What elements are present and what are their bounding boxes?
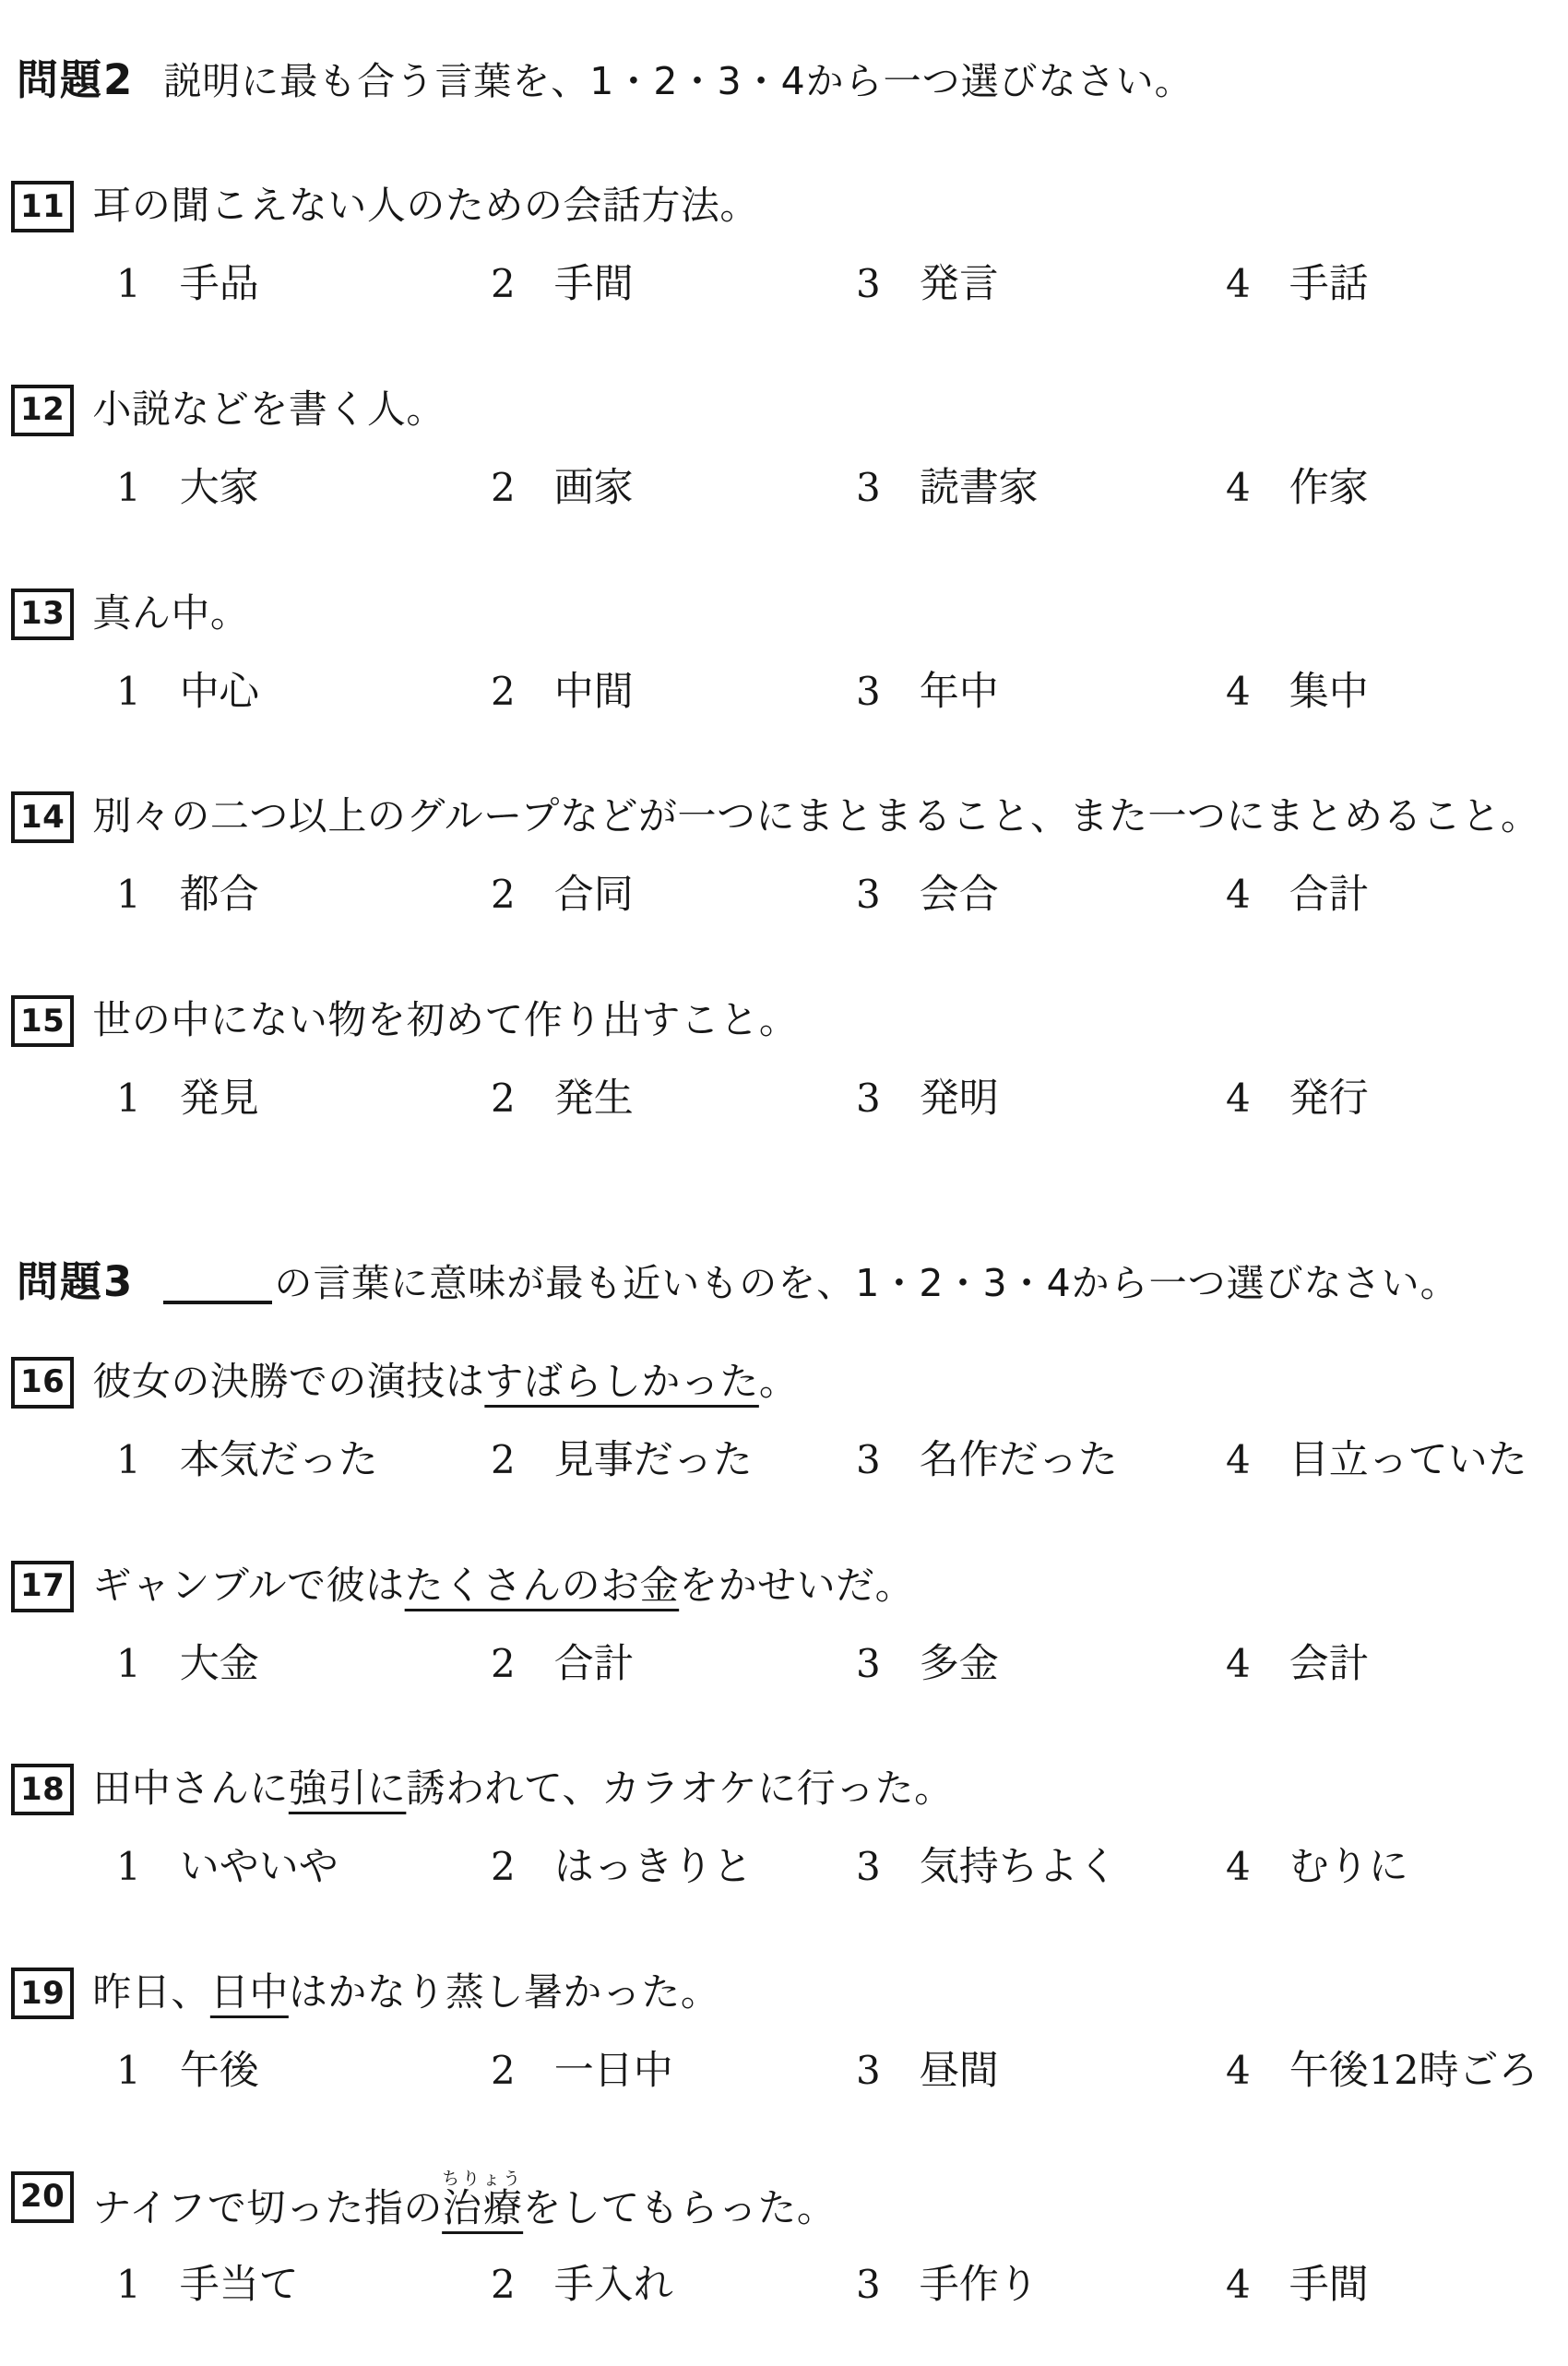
option-label: はっきりと bbox=[554, 1843, 753, 1893]
option-2: 2中間 bbox=[491, 668, 856, 718]
option-label: 合同 bbox=[554, 871, 634, 921]
option-3: 3読書家 bbox=[856, 464, 1226, 514]
question-12: 12 小説などを書く人。 1大家 2画家 3読書家 4作家 bbox=[11, 382, 1544, 514]
option-1: 1手品 bbox=[116, 260, 491, 310]
option-3: 3名作だった bbox=[856, 1436, 1226, 1486]
option-label: 画家 bbox=[554, 464, 634, 514]
option-4: 4午後12時ごろ bbox=[1226, 2047, 1544, 2097]
option-number: 1 bbox=[116, 1843, 141, 1892]
question-number-box: 14 bbox=[11, 791, 74, 843]
question-head: 11 耳の聞こえない人のための会話方法。 bbox=[11, 178, 1544, 232]
option-label: 目立っていた bbox=[1289, 1436, 1527, 1486]
question-16: 16 彼女の決勝での演技はすばらしかった。 1本気だった 2見事だった 3名作だ… bbox=[11, 1354, 1544, 1486]
option-number: 4 bbox=[1226, 1436, 1251, 1485]
option-number: 4 bbox=[1226, 668, 1251, 717]
option-number: 4 bbox=[1226, 871, 1251, 920]
question-15: 15 世の中にない物を初めて作り出すこと。 1発見 2発生 3発明 4発行 bbox=[11, 993, 1544, 1124]
option-number: 1 bbox=[116, 260, 141, 309]
underlined-word-with-furigana: 治療ちりょう bbox=[443, 2185, 523, 2230]
option-number: 4 bbox=[1226, 2261, 1251, 2310]
question-13: 13 真ん中。 1中心 2中間 3年中 4集中 bbox=[11, 586, 1544, 718]
question-text-pre: 昨日、 bbox=[92, 1969, 210, 2015]
option-label: 名作だった bbox=[920, 1436, 1118, 1486]
question-text: 小説などを書く人。 bbox=[92, 382, 445, 434]
options-row: 1午後 2一日中 3昼間 4午後12時ごろ bbox=[116, 2047, 1544, 2097]
question-number-box: 13 bbox=[11, 589, 74, 640]
question-head: 19 昨日、日中はかなり蒸し暑かった。 bbox=[11, 1965, 1544, 2019]
option-label: 年中 bbox=[920, 668, 999, 718]
question-head: 17 ギャンブルで彼はたくさんのお金をかせいだ。 bbox=[11, 1558, 1544, 1612]
option-number: 3 bbox=[856, 260, 881, 309]
option-label: むりに bbox=[1289, 1843, 1408, 1893]
option-number: 3 bbox=[856, 2047, 881, 2096]
option-number: 4 bbox=[1226, 1843, 1251, 1892]
options-row: 1本気だった 2見事だった 3名作だった 4目立っていた bbox=[116, 1436, 1544, 1486]
option-2: 2手入れ bbox=[491, 2261, 856, 2311]
option-label: 読書家 bbox=[920, 464, 1039, 514]
question-number-box: 11 bbox=[11, 181, 74, 232]
option-label: 手間 bbox=[554, 260, 634, 310]
underline-blank bbox=[163, 1267, 272, 1304]
option-2: 2画家 bbox=[491, 464, 856, 514]
option-4: 4手間 bbox=[1226, 2261, 1544, 2311]
section-problem2: 問題2 説明に最も合う言葉を、1・2・3・4から一つ選びなさい。 11 耳の聞こ… bbox=[11, 46, 1544, 1124]
option-4: 4目立っていた bbox=[1226, 1436, 1544, 1486]
option-number: 2 bbox=[491, 1843, 516, 1892]
option-number: 3 bbox=[856, 1075, 881, 1124]
option-label: 都合 bbox=[180, 871, 259, 921]
option-label: 発生 bbox=[554, 1075, 634, 1124]
question-text-post: をかせいだ。 bbox=[679, 1563, 914, 1608]
option-number: 2 bbox=[491, 1640, 516, 1689]
option-4: 4会計 bbox=[1226, 1640, 1544, 1690]
option-number: 4 bbox=[1226, 1075, 1251, 1124]
option-number: 4 bbox=[1226, 2047, 1251, 2096]
question-head: 16 彼女の決勝での演技はすばらしかった。 bbox=[11, 1354, 1544, 1409]
option-number: 1 bbox=[116, 2261, 141, 2310]
option-number: 1 bbox=[116, 1640, 141, 1689]
option-label: 見事だった bbox=[554, 1436, 753, 1486]
option-number: 3 bbox=[856, 1640, 881, 1689]
option-label: 大家 bbox=[180, 464, 259, 514]
question-text-pre: ナイフで切った指の bbox=[92, 2185, 443, 2230]
option-3: 3気持ちよく bbox=[856, 1843, 1226, 1893]
option-number: 4 bbox=[1226, 260, 1251, 309]
option-label: 昼間 bbox=[920, 2047, 999, 2097]
option-label: 合計 bbox=[554, 1640, 634, 1690]
options-row: 1大金 2合計 3多金 4会計 bbox=[116, 1640, 1544, 1690]
option-1: 1大家 bbox=[116, 464, 491, 514]
question-text: ナイフで切った指の治療ちりょうをしてもらった。 bbox=[92, 2169, 836, 2233]
option-1: 1発見 bbox=[116, 1075, 491, 1124]
problem3-instruction-text: の言葉に意味が最も近いものを、1・2・3・4から一つ選びなさい。 bbox=[274, 1261, 1458, 1305]
option-label: 手話 bbox=[1289, 260, 1369, 310]
question-head: 20 ナイフで切った指の治療ちりょうをしてもらった。 bbox=[11, 2169, 1544, 2233]
question-text-pre: 彼女の決勝での演技は bbox=[92, 1359, 484, 1404]
question-14: 14 別々の二つ以上のグループなどが一つにまとまること、また一つにまとめること。… bbox=[11, 789, 1544, 921]
option-2: 2発生 bbox=[491, 1075, 856, 1124]
underlined-word: たくさんのお金 bbox=[405, 1563, 680, 1608]
option-number: 3 bbox=[856, 464, 881, 513]
section-problem3: 問題3 の言葉に意味が最も近いものを、1・2・3・4から一つ選びなさい。 16 … bbox=[11, 1248, 1544, 2311]
option-4: 4作家 bbox=[1226, 464, 1544, 514]
option-number: 2 bbox=[491, 464, 516, 513]
question-text-post: 。 bbox=[759, 1359, 799, 1404]
underlined-word: 強引に bbox=[289, 1766, 407, 1811]
problem3-header: 問題3 の言葉に意味が最も近いものを、1・2・3・4から一つ選びなさい。 bbox=[17, 1248, 1544, 1308]
option-2: 2見事だった bbox=[491, 1436, 856, 1486]
underlined-word: 日中 bbox=[210, 1969, 289, 2015]
option-1: 1都合 bbox=[116, 871, 491, 921]
option-number: 1 bbox=[116, 871, 141, 920]
option-4: 4集中 bbox=[1226, 668, 1544, 718]
option-label: 手間 bbox=[1289, 2261, 1369, 2311]
question-20: 20 ナイフで切った指の治療ちりょうをしてもらった。 1手当て 2手入れ 3手作… bbox=[11, 2169, 1544, 2311]
options-row: 1中心 2中間 3年中 4集中 bbox=[116, 668, 1544, 718]
option-number: 2 bbox=[491, 1436, 516, 1485]
question-18: 18 田中さんに強引に誘われて、カラオケに行った。 1いやいや 2はっきりと 3… bbox=[11, 1761, 1544, 1893]
option-number: 4 bbox=[1226, 464, 1251, 513]
option-number: 3 bbox=[856, 2261, 881, 2310]
option-3: 3年中 bbox=[856, 668, 1226, 718]
underlined-word: 治療 bbox=[442, 2185, 523, 2230]
problem3-label: 問題3 bbox=[17, 1248, 134, 1308]
furigana: ちりょう bbox=[442, 2169, 523, 2189]
option-label: 午後12時ごろ bbox=[1289, 2047, 1538, 2097]
option-label: 発行 bbox=[1289, 1075, 1369, 1124]
option-1: 1大金 bbox=[116, 1640, 491, 1690]
option-label: 手作り bbox=[920, 2261, 1039, 2311]
option-label: 会計 bbox=[1289, 1640, 1369, 1690]
option-number: 2 bbox=[491, 2047, 516, 2096]
question-text: 別々の二つ以上のグループなどが一つにまとまること、また一つにまとめること。 bbox=[92, 789, 1539, 841]
option-number: 1 bbox=[116, 1075, 141, 1124]
question-text-pre: ギャンブルで彼は bbox=[92, 1563, 404, 1608]
option-4: 4合計 bbox=[1226, 871, 1544, 921]
option-3: 3発明 bbox=[856, 1075, 1226, 1124]
options-row: 1発見 2発生 3発明 4発行 bbox=[116, 1075, 1544, 1124]
option-number: 2 bbox=[491, 2261, 516, 2310]
question-text: 彼女の決勝での演技はすばらしかった。 bbox=[92, 1354, 798, 1407]
option-label: 一日中 bbox=[554, 2047, 673, 2097]
option-label: 多金 bbox=[920, 1640, 999, 1690]
question-number-box: 18 bbox=[11, 1764, 74, 1815]
option-2: 2一日中 bbox=[491, 2047, 856, 2097]
option-number: 1 bbox=[116, 668, 141, 717]
option-number: 1 bbox=[116, 1436, 141, 1485]
question-17: 17 ギャンブルで彼はたくさんのお金をかせいだ。 1大金 2合計 3多金 4会計 bbox=[11, 1558, 1544, 1690]
option-label: 中間 bbox=[554, 668, 634, 718]
option-1: 1本気だった bbox=[116, 1436, 491, 1486]
option-number: 2 bbox=[491, 260, 516, 309]
options-row: 1手当て 2手入れ 3手作り 4手間 bbox=[116, 2261, 1544, 2311]
option-label: 合計 bbox=[1289, 871, 1369, 921]
option-3: 3昼間 bbox=[856, 2047, 1226, 2097]
problem2-instruction: 説明に最も合う言葉を、1・2・3・4から一つ選びなさい。 bbox=[163, 51, 1193, 105]
option-2: 2手間 bbox=[491, 260, 856, 310]
option-label: 手品 bbox=[180, 260, 259, 310]
option-4: 4手話 bbox=[1226, 260, 1544, 310]
option-label: 気持ちよく bbox=[920, 1843, 1118, 1893]
question-text: 昨日、日中はかなり蒸し暑かった。 bbox=[92, 1965, 719, 2017]
option-number: 2 bbox=[491, 871, 516, 920]
question-text-pre: 田中さんに bbox=[92, 1766, 289, 1811]
option-2: 2合計 bbox=[491, 1640, 856, 1690]
problem2-label: 問題2 bbox=[17, 46, 134, 106]
question-number-box: 12 bbox=[11, 385, 74, 436]
question-number-box: 16 bbox=[11, 1357, 74, 1409]
option-number: 2 bbox=[491, 668, 516, 717]
question-text: 耳の聞こえない人のための会話方法。 bbox=[92, 178, 759, 231]
question-head: 13 真ん中。 bbox=[11, 586, 1544, 640]
option-number: 3 bbox=[856, 668, 881, 717]
question-number-box: 17 bbox=[11, 1561, 74, 1612]
option-number: 3 bbox=[856, 1843, 881, 1892]
options-row: 1いやいや 2はっきりと 3気持ちよく 4むりに bbox=[116, 1843, 1544, 1893]
option-number: 3 bbox=[856, 1436, 881, 1485]
option-1: 1午後 bbox=[116, 2047, 491, 2097]
question-11: 11 耳の聞こえない人のための会話方法。 1手品 2手間 3発言 4手話 bbox=[11, 178, 1544, 310]
option-3: 3多金 bbox=[856, 1640, 1226, 1690]
question-text-post: はかなり蒸し暑かった。 bbox=[289, 1969, 720, 2015]
question-head: 18 田中さんに強引に誘われて、カラオケに行った。 bbox=[11, 1761, 1544, 1815]
option-1: 1いやいや bbox=[116, 1843, 491, 1893]
question-number-box: 19 bbox=[11, 1968, 74, 2019]
option-label: 発言 bbox=[920, 260, 999, 310]
question-number-box: 20 bbox=[11, 2171, 74, 2223]
option-label: 午後 bbox=[180, 2047, 259, 2097]
question-19: 19 昨日、日中はかなり蒸し暑かった。 1午後 2一日中 3昼間 4午後12時ご… bbox=[11, 1965, 1544, 2097]
question-text: 真ん中。 bbox=[92, 586, 249, 638]
option-number: 2 bbox=[491, 1075, 516, 1124]
underlined-word: すばらしかった bbox=[484, 1359, 759, 1404]
option-4: 4発行 bbox=[1226, 1075, 1544, 1124]
option-2: 2はっきりと bbox=[491, 1843, 856, 1893]
option-label: 手入れ bbox=[554, 2261, 673, 2311]
option-4: 4むりに bbox=[1226, 1843, 1544, 1893]
option-number: 1 bbox=[116, 2047, 141, 2096]
problem2-header: 問題2 説明に最も合う言葉を、1・2・3・4から一つ選びなさい。 bbox=[17, 46, 1544, 106]
option-label: 中心 bbox=[180, 668, 259, 718]
question-text-post: 誘われて、カラオケに行った。 bbox=[406, 1766, 953, 1811]
problem3-instruction: の言葉に意味が最も近いものを、1・2・3・4から一つ選びなさい。 bbox=[163, 1253, 1458, 1307]
question-text-post: をしてもらった。 bbox=[522, 2185, 836, 2230]
option-label: 手当て bbox=[180, 2261, 299, 2311]
question-head: 15 世の中にない物を初めて作り出すこと。 bbox=[11, 993, 1544, 1047]
question-text: 田中さんに強引に誘われて、カラオケに行った。 bbox=[92, 1761, 953, 1813]
option-3: 3会合 bbox=[856, 871, 1226, 921]
option-label: 作家 bbox=[1289, 464, 1369, 514]
option-number: 3 bbox=[856, 871, 881, 920]
option-2: 2合同 bbox=[491, 871, 856, 921]
question-text: 世の中にない物を初めて作り出すこと。 bbox=[92, 993, 798, 1045]
test-sheet: 問題2 説明に最も合う言葉を、1・2・3・4から一つ選びなさい。 11 耳の聞こ… bbox=[0, 0, 1568, 2366]
question-number-box: 15 bbox=[11, 995, 74, 1047]
option-number: 4 bbox=[1226, 1640, 1251, 1689]
options-row: 1都合 2合同 3会合 4合計 bbox=[116, 871, 1544, 921]
question-head: 14 別々の二つ以上のグループなどが一つにまとまること、また一つにまとめること。 bbox=[11, 789, 1544, 843]
options-row: 1手品 2手間 3発言 4手話 bbox=[116, 260, 1544, 310]
option-label: 発見 bbox=[180, 1075, 259, 1124]
option-3: 3手作り bbox=[856, 2261, 1226, 2311]
option-label: 会合 bbox=[920, 871, 999, 921]
option-label: いやいや bbox=[180, 1843, 339, 1893]
option-label: 集中 bbox=[1289, 668, 1369, 718]
option-1: 1手当て bbox=[116, 2261, 491, 2311]
question-text: ギャンブルで彼はたくさんのお金をかせいだ。 bbox=[92, 1558, 914, 1611]
option-label: 大金 bbox=[180, 1640, 259, 1690]
option-3: 3発言 bbox=[856, 260, 1226, 310]
option-label: 本気だった bbox=[180, 1436, 378, 1486]
options-row: 1大家 2画家 3読書家 4作家 bbox=[116, 464, 1544, 514]
question-head: 12 小説などを書く人。 bbox=[11, 382, 1544, 436]
option-1: 1中心 bbox=[116, 668, 491, 718]
option-label: 発明 bbox=[920, 1075, 999, 1124]
option-number: 1 bbox=[116, 464, 141, 513]
